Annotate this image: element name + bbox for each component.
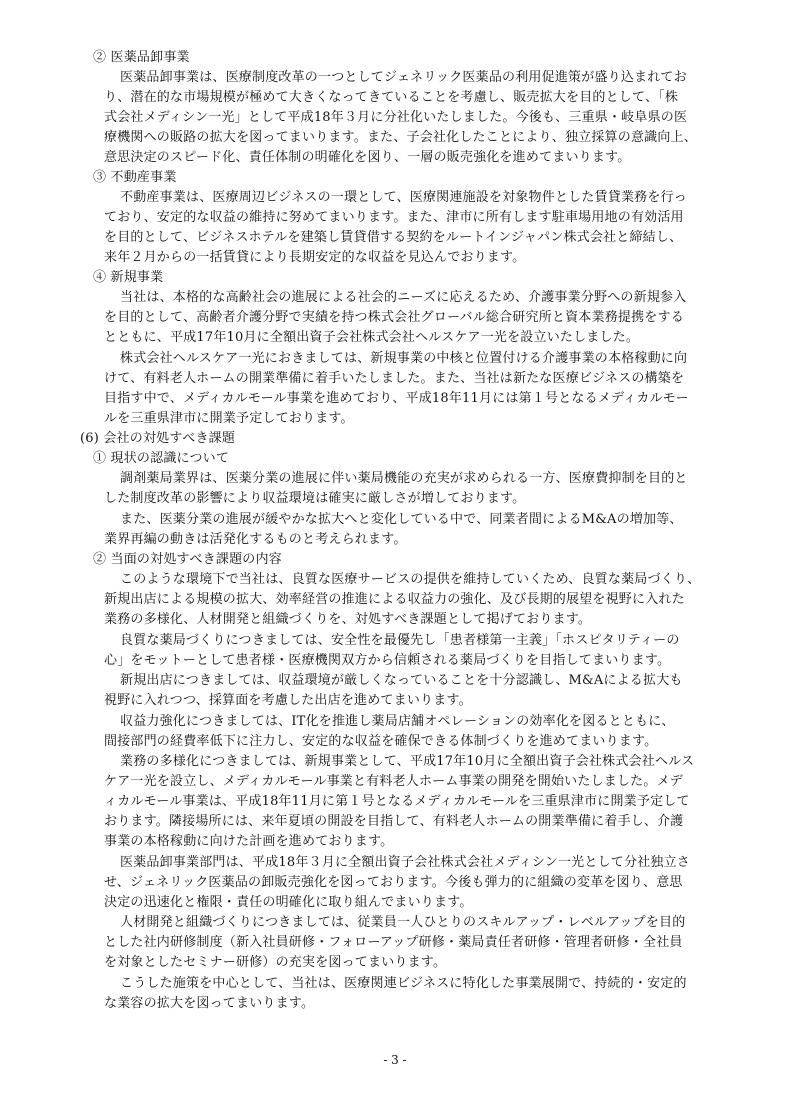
- paragraph-line: ており、安定的な収益の維持に努めてまいります。また、津市に所有します駐車場用地の…: [104, 208, 684, 227]
- paragraph-line: 株式会社ヘルスケア一光におきましては、新規事業の中核と位置付ける介護事業の本格稼…: [120, 349, 687, 368]
- paragraph-line: 心」をモットーとして患者様・医療機関双方から信頼される薬局づくりを目指してまいり…: [104, 651, 670, 670]
- paragraph-line: 不動産事業は、医療周辺ビジネスの一環として、医療関連施設を対象物件とした賃貸業務…: [120, 188, 687, 207]
- paragraph-line: このような環境下で当社は、良質な医療サービスの提供を維持していくため、良質な薬局…: [120, 570, 700, 589]
- subsection-heading: ① 現状の認識について: [93, 449, 229, 468]
- paragraph-line: 調剤薬局業界は、医薬分業の進展に伴い薬局機能の充実が求められる一方、医療費抑制を…: [120, 469, 688, 488]
- paragraph-line: 医薬品卸事業部門は、平成18年３月に全額出資子会社株式会社メディシン一光として分…: [120, 853, 690, 872]
- paragraph-line: 間接部門の経費率低下に注力し、安定的な収益を確保できる体制づくりを進めてまいりま…: [104, 732, 657, 751]
- paragraph-line: けて、有料老人ホームの開業準備に着手いたしました。また、当社は新たな医療ビジネス…: [104, 369, 684, 388]
- subsection-heading: ② 当面の対処すべき課題の内容: [93, 550, 282, 569]
- paragraph-line: 意思決定のスピード化、責任体制の明確化を図り、一層の販売強化を進めてまいります。: [104, 148, 630, 167]
- paragraph-line: した制度改革の影響により収益環境は確実に厳しさが増しております。: [104, 489, 525, 508]
- paragraph-line: 良質な薬局づくりにつきましては、安全性を最優先し「患者様第一主義」「ホスピタリテ…: [120, 631, 680, 650]
- paragraph-line: とともに、平成17年10月に全額出資子会社株式会社ヘルスケア一光を設立いたしまし…: [104, 328, 639, 347]
- paragraph-line: 新規出店につきましては、収益環境が厳しくなっていることを十分認識し、M&Aによる…: [120, 671, 683, 690]
- paragraph-line: を対象としたセミナー研修）の充実を図ってまいります。: [104, 953, 446, 972]
- paragraph-line: を目的として、高齢者介護分野で実績を持つ株式会社グローバル総合研究所と資本業務提…: [104, 308, 684, 327]
- paragraph-line: 視野に入れつつ、採算面を考慮した出店を進めてまいります。: [104, 691, 472, 710]
- paragraph-line: 人材開発と組織づくりにつきましては、従業員一人ひとりのスキルアップ・レベルアップ…: [120, 913, 685, 932]
- paragraph-line: 業務の多様化につきましては、新規事業として、平成17年10月に全額出資子会社株式…: [120, 752, 694, 771]
- paragraph-line: こうした施策を中心として、当社は、医療関連ビジネスに特化した事業展開で、持続的・…: [120, 974, 687, 993]
- paragraph-line: せ、ジェネリック医薬品の卸販売強化を図っております。今後も弾力的に組織の変革を図…: [104, 873, 683, 892]
- paragraph-line: 事業の本格稼動に向けた計画を進めております。: [104, 832, 393, 851]
- paragraph-line: な業容の拡大を図ってまいります。: [104, 994, 314, 1013]
- section-heading: (6) 会社の対処すべき課題: [80, 429, 235, 448]
- page-number: - 3 -: [0, 1053, 790, 1067]
- paragraph-line: 来年２月からの一括賃貸により長期安定的な収益を見込んでおります。: [104, 248, 525, 267]
- paragraph-line: ルを三重県津市に開業予定しております。: [104, 409, 354, 428]
- subsection-heading: ③ 不動産事業: [93, 168, 177, 187]
- paragraph-line: 新規出店による規模の拡大、効率経営の推進による収益力の強化、及び長期的展望を視野…: [104, 590, 685, 609]
- paragraph-line: り、潜在的な市場規模が極めて大きくなってきていることを考慮し、販売拡大を目的とし…: [104, 88, 678, 107]
- paragraph-line: とした社内研修制度（新入社員研修・フォローアップ研修・薬局責任者研修・管理者研修…: [104, 933, 683, 952]
- paragraph-line: 式会社メディシン一光」として平成18年３月に分社化いたしました。今後も、三重県・…: [104, 108, 687, 127]
- subsection-heading: ④ 新規事業: [93, 268, 163, 287]
- paragraph-line: を目的として、ビジネスホテルを建築し賃貸借する契約をルートインジャパン株式会社と…: [104, 228, 682, 247]
- paragraph-line: 業界再編の動きは活発化するものと考えられます。: [104, 530, 407, 549]
- subsection-heading: ② 医薬品卸事業: [93, 48, 190, 67]
- paragraph-line: 業務の多様化、人材開発と組織づくりを、対処すべき課題として掲げております。: [104, 610, 591, 629]
- paragraph-line: ィカルモール事業は、平成18年11月に第１号となるメディカルモールを三重県津市に…: [104, 792, 690, 811]
- paragraph-line: 療機関への販路の拡大を図ってまいります。また、子会社化したことにより、独立採算の…: [104, 128, 697, 147]
- paragraph-line: 医薬品卸事業は、医療制度改革の一つとしてジェネリック医薬品の利用促進策が盛り込ま…: [120, 68, 687, 87]
- paragraph-line: おります。隣接場所には、来年夏頃の開設を目指して、有料老人ホームの開業準備に着手…: [104, 812, 684, 831]
- paragraph-line: また、医薬分業の進展が緩やかな拡大へと変化している中で、同業者間によるM&Aの増…: [120, 510, 683, 529]
- paragraph-line: 目指す中で、メディカルモール事業を進めており、平成18年11月には第１号となるメ…: [104, 389, 689, 408]
- paragraph-line: 決定の迅速化と権限・責任の明確化に取り組んでまいります。: [104, 893, 473, 912]
- paragraph-line: ケア一光を設立し、メディカルモール事業と有料老人ホーム事業の開発を開始いたしまし…: [104, 772, 683, 791]
- document-page: ② 医薬品卸事業医薬品卸事業は、医療制度改革の一つとしてジェネリック医薬品の利用…: [0, 0, 790, 1118]
- paragraph-line: 収益力強化につきましては、IT化を推進し薬局店舗オペレーションの効率化を図るとと…: [120, 712, 675, 731]
- paragraph-line: 当社は、本格的な高齢社会の進展による社会的ニーズに応えるため、介護事業分野への新…: [120, 288, 686, 307]
